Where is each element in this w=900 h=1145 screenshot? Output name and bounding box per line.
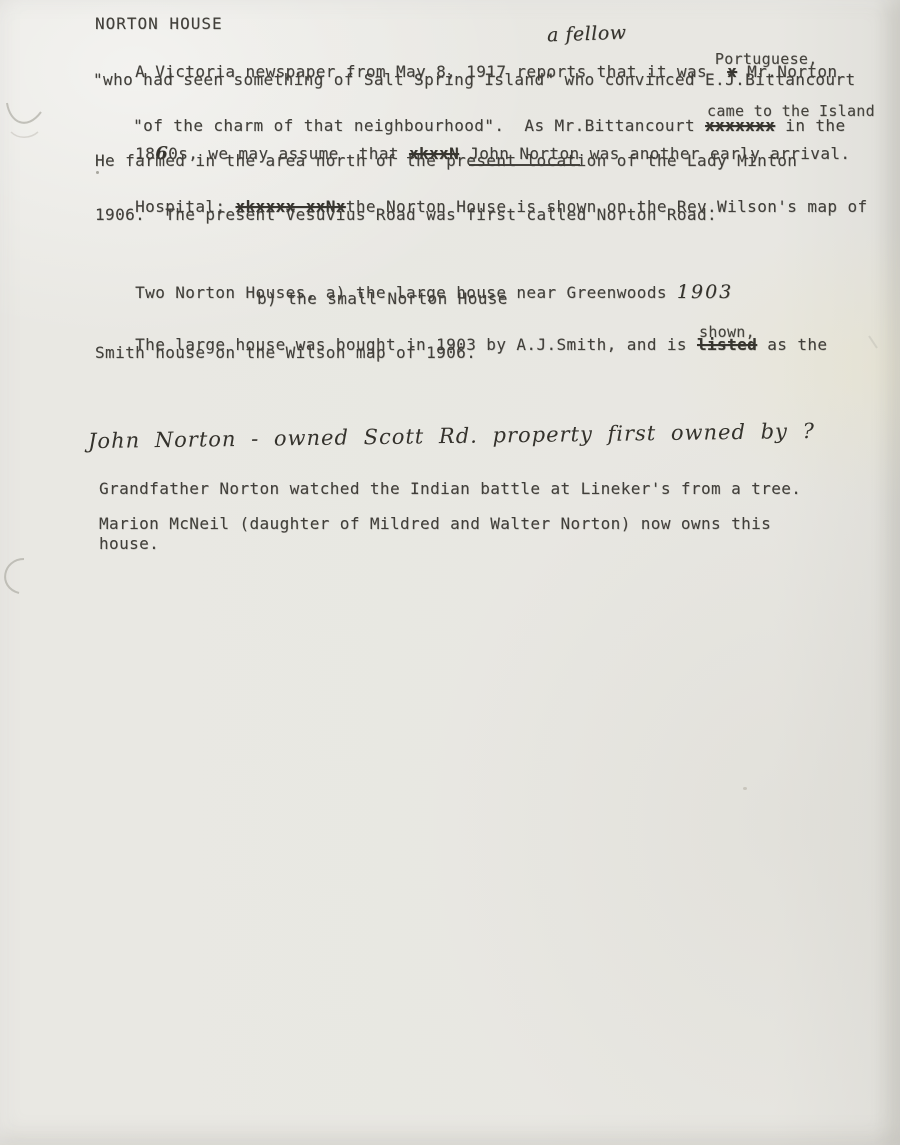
typed-line-8: 1906. The present Vesuvius Road was firs…	[95, 205, 717, 224]
handwritten-insert-a-fellow: a fellow	[547, 22, 627, 47]
line4-typed-insert: came to the Island	[707, 102, 875, 120]
scanned-document-page: NORTON HOUSE A Victoria newspaper from M…	[0, 0, 900, 1145]
paper-speck	[743, 787, 747, 790]
scratch-mark	[869, 336, 877, 348]
paperclip-mark-top	[7, 103, 41, 123]
handwritten-year-1903: 1903	[677, 281, 733, 303]
handwritten-note: John Norton - owned Scott Rd. property f…	[88, 419, 815, 453]
document-title: NORTON HOUSE	[95, 14, 223, 33]
shown-correction-stack: shown,listed	[697, 335, 757, 354]
typed-line-smith-house: Smith house on the Wilson map of 1906.	[95, 343, 476, 362]
typed-line-small-house: b) the small Norton House	[257, 289, 508, 308]
typed-line-grandfather: Grandfather Norton watched the Indian ba…	[99, 479, 801, 498]
large-house-post: as the	[757, 335, 827, 354]
typed-line-marion-2: house.	[99, 534, 159, 553]
paperclip-mark-bottom	[5, 559, 24, 593]
typed-line-marion-1: Marion McNeil (daughter of Mildred and W…	[99, 514, 771, 533]
typed-insert-shown: shown,	[699, 323, 755, 341]
line2-typed-insert: Portuguese,	[715, 50, 818, 68]
typed-line-3: "who had seen something of Salt Spring I…	[93, 70, 856, 89]
paperclip-mark-top-shadow	[11, 132, 38, 137]
typed-line-6: He farmed in the area north of the prese…	[95, 151, 797, 170]
